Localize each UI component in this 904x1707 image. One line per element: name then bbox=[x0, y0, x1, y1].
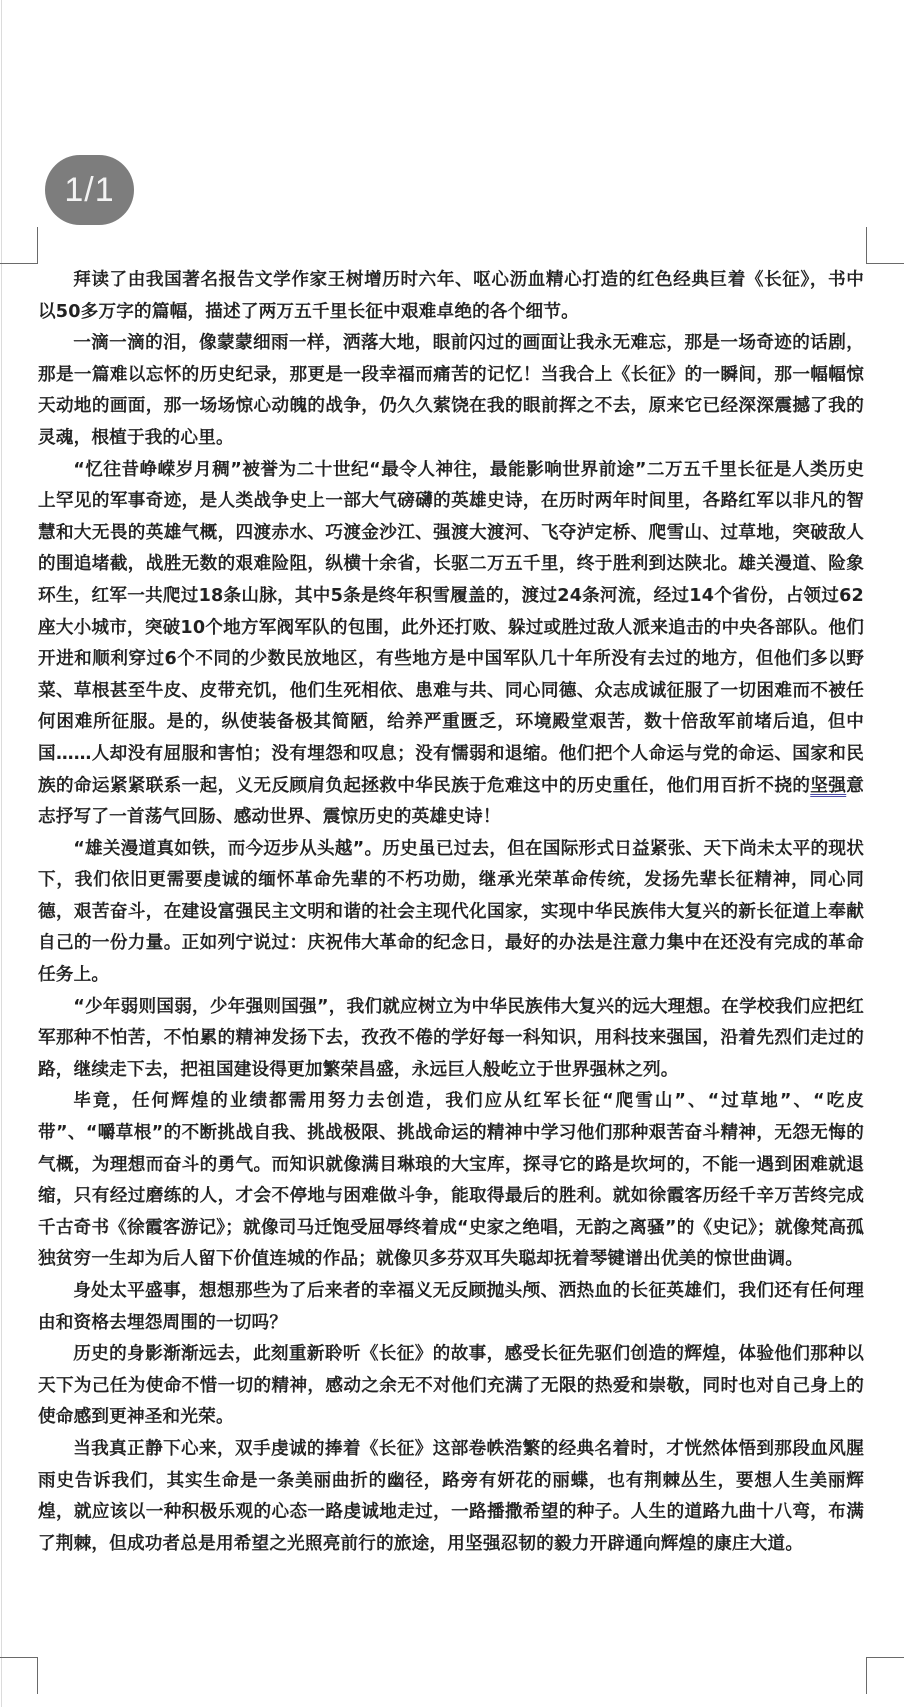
margin-corner-mark-bottom-left bbox=[0, 1657, 38, 1694]
grammar-flagged-word[interactable]: 坚强 bbox=[810, 776, 846, 796]
paragraph-3-text-before: “忆往昔峥嵘岁月稠”被誉为二十世纪“最令人神往，最能影响世界前途”二万五千里长征… bbox=[38, 460, 864, 796]
paragraph-2: 一滴一滴的泪，像蒙蒙细雨一样，洒落大地，眼前闪过的画面让我永无难忘，那是一场奇迹… bbox=[38, 328, 864, 454]
margin-corner-mark-bottom-right bbox=[866, 1657, 904, 1694]
paragraph-4: “雄关漫道真如铁，而今迈步从头越”。历史虽已过去，但在国际形式日益紧张、天下尚未… bbox=[38, 834, 864, 992]
page-indicator-badge: 1/1 bbox=[45, 155, 134, 225]
margin-corner-mark-top-left bbox=[0, 227, 38, 264]
paragraph-9: 当我真正静下心来，双手虔诚的捧着《长征》这部卷帙浩繁的经典名着时，才恍然体悟到那… bbox=[38, 1434, 864, 1560]
paragraph-5: “少年弱则国弱，少年强则国强”，我们就应树立为中华民族伟大复兴的远大理想。在学校… bbox=[38, 992, 864, 1087]
paragraph-6: 毕竟，任何辉煌的业绩都需用努力去创造，我们应从红军长征“爬雪山”、“过草地”、“… bbox=[38, 1086, 864, 1276]
paragraph-3: “忆往昔峥嵘岁月稠”被誉为二十世纪“最令人神往，最能影响世界前途”二万五千里长征… bbox=[38, 455, 864, 834]
document-body[interactable]: 拜读了由我国著名报告文学作家王树增历时六年、呕心沥血精心打造的红色经典巨着《长征… bbox=[38, 265, 864, 1560]
paragraph-7: 身处太平盛事，想想那些为了后来者的幸福义无反顾抛头颅、洒热血的长征英雄们，我们还… bbox=[38, 1276, 864, 1339]
paragraph-1: 拜读了由我国著名报告文学作家王树增历时六年、呕心沥血精心打造的红色经典巨着《长征… bbox=[38, 265, 864, 328]
margin-corner-mark-top-right bbox=[866, 227, 904, 264]
paragraph-8: 历史的身影渐渐远去，此刻重新聆听《长征》的故事，感受长征先驱们创造的辉煌，体验他… bbox=[38, 1339, 864, 1434]
